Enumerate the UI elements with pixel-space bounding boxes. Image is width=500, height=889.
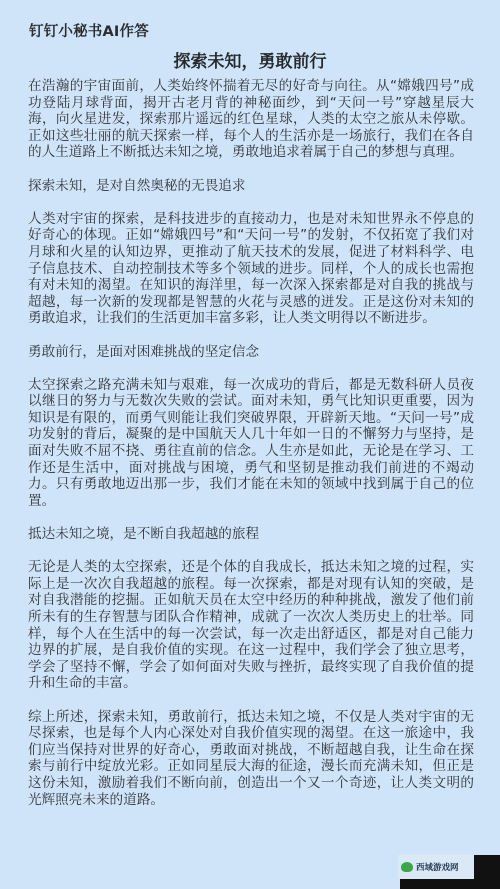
conclusion-paragraph: 综上所述，探索未知，勇敢前行，抵达未知之境，不仅是人类对宇宙的无尽探索，也是每个…	[28, 709, 474, 809]
intro-paragraph: 在浩瀚的宇宙面前，人类始终怀揣着无尽的好奇与向往。从“嫦娥四号”成功登陆月球背面…	[28, 78, 474, 161]
section-heading-transcend: 抵达未知之境，是不断自我超越的旅程	[28, 526, 474, 543]
watermark-badge: 西域游戏网	[398, 855, 474, 879]
paragraph-explore: 人类对宇宙的探索，是科技进步的直接动力，也是对未知世界永不停息的好奇心的体现。正…	[28, 211, 474, 327]
section-heading-courage: 勇敢前行，是面对困难挑战的坚定信念	[28, 344, 474, 361]
leaf-logo-icon	[401, 862, 413, 872]
watermark: 西域游戏网	[400, 855, 500, 889]
paragraph-courage: 太空探索之路充满未知与艰难，每一次成功的背后，都是无数科研人员夜以继日的努力与无…	[28, 377, 474, 510]
app-title: 钉钉小秘书AI作答	[29, 20, 149, 41]
article-title: 探索未知，勇敢前行	[0, 47, 500, 72]
section-heading-explore: 探索未知，是对自然奥秘的无畏追求	[28, 178, 474, 195]
paragraph-transcend: 无论是人类的太空探索，还是个体的自我成长，抵达未知之境的过程，实际上是一次次自我…	[28, 559, 474, 692]
watermark-text: 西域游戏网	[416, 861, 459, 873]
article-body: 在浩瀚的宇宙面前，人类始终怀揣着无尽的好奇与向往。从“嫦娥四号”成功登陆月球背面…	[28, 78, 474, 825]
